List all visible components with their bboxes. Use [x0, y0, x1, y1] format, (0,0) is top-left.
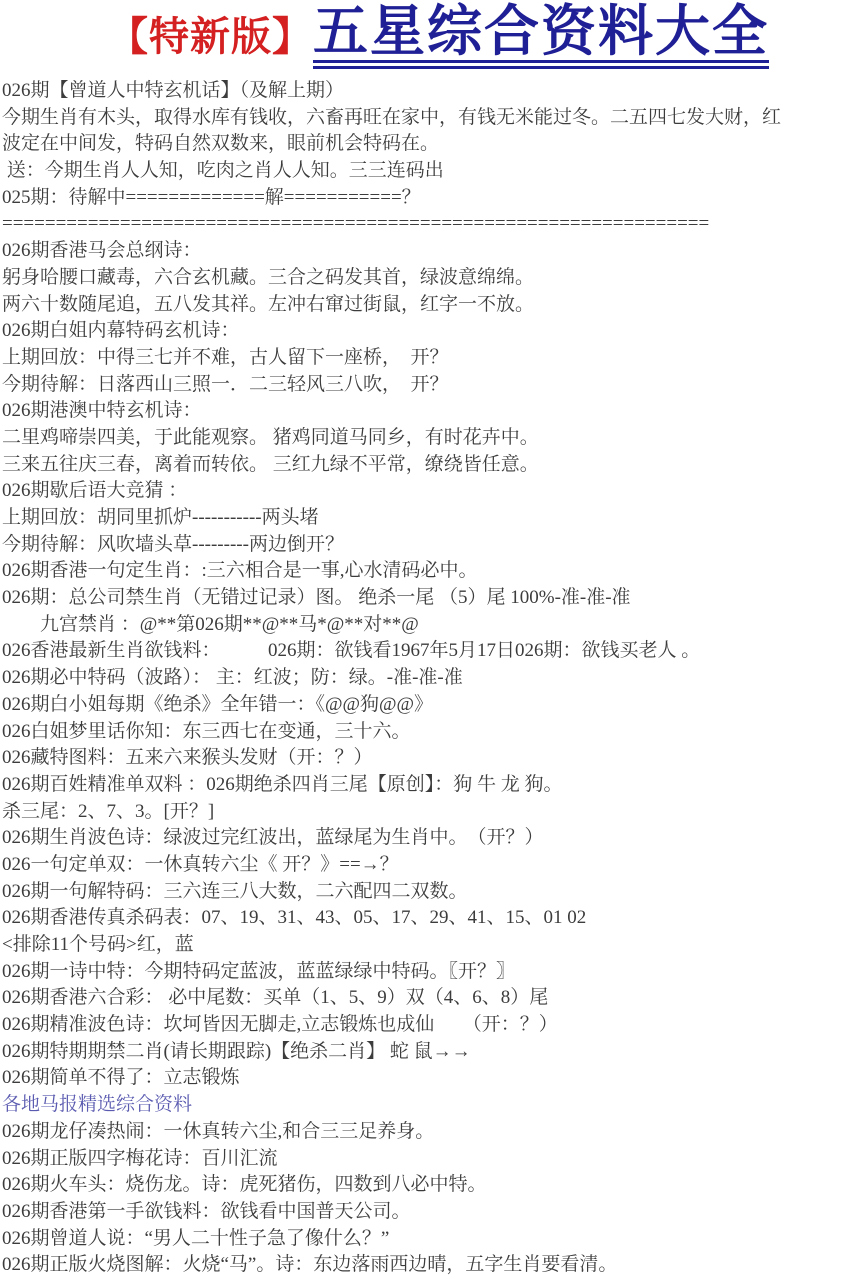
text-line: 波定在中间发，特码自然双数来，眼前机会特码在。 [2, 131, 860, 158]
text-line: 026期香港六合彩： 必中尾数：买单（1、5、9）双（4、6、8）尾 [2, 985, 860, 1012]
text-line: 026期香港传真杀码表：07、19、31、43、05、17、29、41、15、0… [2, 905, 860, 932]
text-line: 025期：待解中=============解===========？ [2, 185, 860, 212]
text-line: 026期特期期禁二肖(请长期跟踪)【绝杀二肖】 蛇 鼠→→ [2, 1039, 860, 1066]
content-lines: 026期【曾道人中特玄机话】（及解上期）今期生肖有木头，取得水库有钱收，六畜再旺… [0, 78, 860, 1279]
text-line: 026藏特图料：五来六来猴头发财（开：？） [2, 745, 860, 772]
page-title: 五星综合资料大全 [313, 4, 769, 69]
text-line: 026期一诗中特：今期特码定蓝波，蓝蓝绿绿中特码。〖开？〗 [2, 959, 860, 986]
text-line: 026期【曾道人中特玄机话】（及解上期） [2, 78, 860, 105]
text-line: 026期精准波色诗：坎坷皆因无脚走,立志锻炼也成仙 （开：？） [2, 1012, 860, 1039]
lottery-info-sheet: 【特新版】五星综合资料大全 026期【曾道人中特玄机话】（及解上期）今期生肖有木… [0, 0, 860, 1279]
text-line: 026期正版四字梅花诗：百川汇流 [2, 1146, 860, 1173]
edition-badge: 【特新版】 [108, 5, 313, 62]
text-line: 026期港澳中特玄机诗： [2, 398, 860, 425]
text-line: ========================================… [2, 211, 860, 238]
text-line: 上期回放：中得三七并不难，古人留下一座桥， 开？ [2, 345, 860, 372]
text-line: 今期待解：日落西山三照一．二三轻风三八吹， 开？ [2, 372, 860, 399]
text-line: 026期一句解特码：三六连三八大数，二六配四二双数。 [2, 879, 860, 906]
text-line: 026期歇后语大竞猜 ： [2, 478, 860, 505]
text-line: 026期白小姐每期《绝杀》全年错一：《@@狗@@》 [2, 692, 860, 719]
text-line: <排除11个号码>红，蓝 [2, 932, 860, 959]
text-line: 上期回放：胡同里抓炉-----------两头堵 [2, 505, 860, 532]
text-line: 026期正版火烧图解：火烧“马”。诗：东边落雨西边晴，五字生肖要看清。 [2, 1252, 860, 1279]
text-line: 026一句定单双：一休真转六尘《 开？》==→？ [2, 852, 860, 879]
text-line: 026期香港一句定生肖：:三六相合是一事,心水清码必中。 [2, 558, 860, 585]
text-line: 九宫禁肖 ：@**第026期**@**马*@**对**@ [2, 612, 860, 639]
text-line: 026期白姐内幕特码玄机诗： [2, 318, 860, 345]
text-line: 今期生肖有木头，取得水库有钱收，六畜再旺在家中，有钱无米能过冬。二五四七发大财，… [2, 105, 860, 132]
text-line: 三来五往庆三春，离着而转依。 三红九绿不平常，缭绕皆任意。 [2, 452, 860, 479]
text-line: 026香港最新生肖欲钱料： 026期：欲钱看1967年5月17日026期：欲钱买… [2, 638, 860, 665]
text-line: 两六十数随尾追，五八发其祥。左冲右窜过街鼠，红字一不放。 [2, 292, 860, 319]
text-line: 026期简单不得了：立志锻炼 [2, 1065, 860, 1092]
text-line: 送：今期生肖人人知，吃肉之肖人人知。三三连码出 [2, 158, 860, 185]
text-line: 026期生肖波色诗：绿波过完红波出，蓝绿尾为生肖中。 （开？） [2, 825, 860, 852]
masthead: 【特新版】五星综合资料大全 [0, 0, 860, 78]
text-line: 026期：总公司禁生肖（无错过记录）图。 绝杀一尾 （5）尾 100%-准-准-… [2, 585, 860, 612]
text-line: 026期火车头：烧伤龙。诗：虎死猪伤，四数到八必中特。 [2, 1172, 860, 1199]
section-heading: 各地马报精选综合资料 [2, 1092, 860, 1119]
text-line: 026期必中特码（波路）： 主：红波；防：绿。-准-准-准 [2, 665, 860, 692]
text-line: 026期百姓精准单双料 ：026期绝杀四肖三尾【原创】：狗 牛 龙 狗。 [2, 772, 860, 799]
text-line: 026期龙仔凑热闹：一休真转六尘,和合三三足养身。 [2, 1119, 860, 1146]
text-line: 躬身哈腰口藏毒，六合玄机藏。三合之码发其首，绿波意绵绵。 [2, 265, 860, 292]
text-line: 026白姐梦里话你知：东三西七在变通，三十六。 [2, 719, 860, 746]
text-line: 026期香港马会总纲诗： [2, 238, 860, 265]
text-line: 二里鸡啼崇四美，于此能观察。 猪鸡同道马同乡，有时花卉中。 [2, 425, 860, 452]
text-line: 026期曾道人说：“男人二十性子急了像什么？” [2, 1226, 860, 1253]
text-line: 今期待解：风吹墙头草---------两边倒开？ [2, 532, 860, 559]
text-line: 杀三尾：2、7、3。[开？] [2, 799, 860, 826]
text-line: 026期香港第一手欲钱料：欲钱看中国普天公司。 [2, 1199, 860, 1226]
